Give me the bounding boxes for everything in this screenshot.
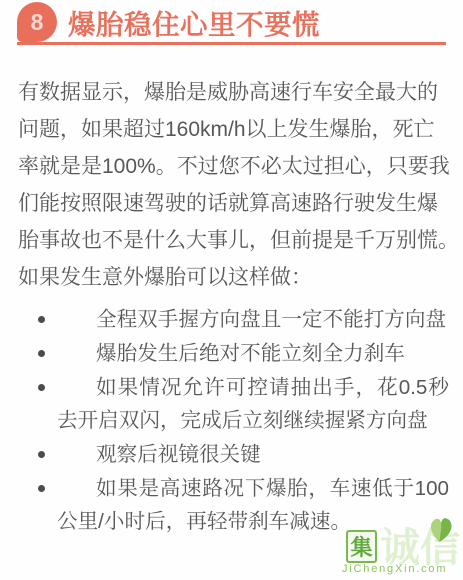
list-item: 如果情况允许可控请抽出手，花0.5秒去开启双闪，完成后立刻继续握紧方向盘: [18, 371, 449, 437]
tips-list: 全程双手握方向盘且一定不能打方向盘 爆胎发生后绝对不能立刻全力刹车 如果情况允许…: [18, 303, 449, 538]
bullet-icon: [38, 451, 45, 458]
paragraph-line: 胎事故也不是什么大事儿，但前提是千万别慌。: [18, 222, 449, 259]
list-item-text: 全程双手握方向盘且一定不能打方向盘: [96, 308, 446, 331]
list-item: 观察后视镜很关键: [18, 438, 449, 471]
bullet-icon: [38, 384, 45, 391]
article-page: 8 爆胎稳住心里不要慌 有数据显示，爆胎是威胁高速行车安全最大的 问题，如果超过…: [0, 0, 463, 580]
list-item-text: 观察后视镜很关键: [96, 443, 261, 466]
section-number: 8: [31, 9, 44, 36]
leaf-icon: [425, 512, 457, 546]
paragraph-line: 有数据显示，爆胎是威胁高速行车安全最大的: [18, 74, 449, 111]
article-body: 有数据显示，爆胎是威胁高速行车安全最大的 问题，如果超过160km/h以上发生爆…: [18, 74, 449, 538]
bullet-icon: [38, 485, 45, 492]
list-item-text: 爆胎发生后绝对不能立刻全力刹车: [96, 342, 405, 365]
list-item: 全程双手握方向盘且一定不能打方向盘: [18, 303, 449, 336]
section-header: 8 爆胎稳住心里不要慌: [17, 2, 446, 45]
paragraph-line: 问题，如果超过160km/h以上发生爆胎，死亡: [18, 111, 449, 148]
site-watermark: 集 诚信 JiChengXin.com: [341, 514, 463, 580]
watermark-url: JiChengXin.com: [342, 563, 447, 575]
paragraph-line: 如果发生意外爆胎可以这样做：: [18, 259, 449, 296]
paragraph-line: 率就是是100%。不过您不必太过担心，只要我: [18, 148, 449, 185]
list-item-text: 如果情况允许可控请抽出手，花0.5秒去开启双闪，完成后立刻继续握紧方向盘: [57, 376, 449, 432]
section-title: 爆胎稳住心里不要慌: [68, 2, 320, 42]
bullet-icon: [38, 350, 45, 357]
bullet-icon: [38, 316, 45, 323]
section-number-badge: 8: [17, 2, 57, 42]
paragraph-line: 们能按照限速驾驶的话就算高速路行驶发生爆: [18, 185, 449, 222]
watermark-logo-box: 集: [346, 530, 377, 563]
intro-paragraph: 有数据显示，爆胎是威胁高速行车安全最大的 问题，如果超过160km/h以上发生爆…: [18, 74, 449, 296]
list-item: 爆胎发生后绝对不能立刻全力刹车: [18, 337, 449, 370]
watermark-logo-char: 集: [350, 531, 372, 562]
